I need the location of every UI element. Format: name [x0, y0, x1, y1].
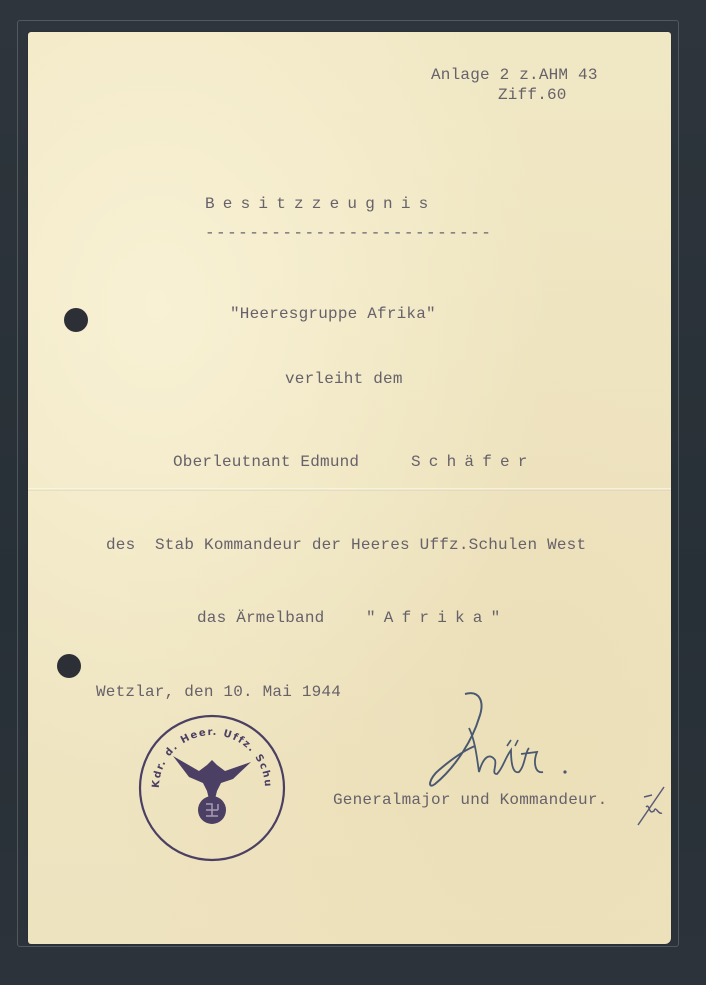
title-underline: -------------------------- — [205, 224, 492, 242]
official-stamp: Kdr. d. Heer. Uffz. Schulen West — [137, 713, 287, 863]
paper-fold-line — [28, 488, 671, 491]
reference-line-1: Anlage 2 z.AHM 43 — [431, 66, 598, 84]
place-date: Wetzlar, den 10. Mai 1944 — [96, 683, 341, 701]
issuer-line: "Heeresgruppe Afrika" — [230, 305, 436, 323]
recipient-surname: Schäfer — [411, 453, 536, 471]
handwritten-signature — [425, 688, 575, 788]
handwritten-initials — [634, 785, 670, 827]
award-name: "Afrika" — [366, 609, 508, 627]
signatory-title: Generalmajor und Kommandeur. — [333, 791, 607, 809]
recipient-rank-name: Oberleutnant Edmund — [173, 453, 359, 471]
verb-line: verleiht dem — [285, 370, 403, 388]
document-title: Besitzzeugnis — [205, 195, 436, 213]
unit-line: des Stab Kommandeur der Heeres Uffz.Schu… — [106, 536, 586, 554]
award-prefix: das Ärmelband — [197, 609, 324, 627]
punch-hole-bottom — [57, 654, 81, 678]
punch-hole-top — [64, 308, 88, 332]
reference-line-2: Ziff.60 — [498, 86, 567, 104]
